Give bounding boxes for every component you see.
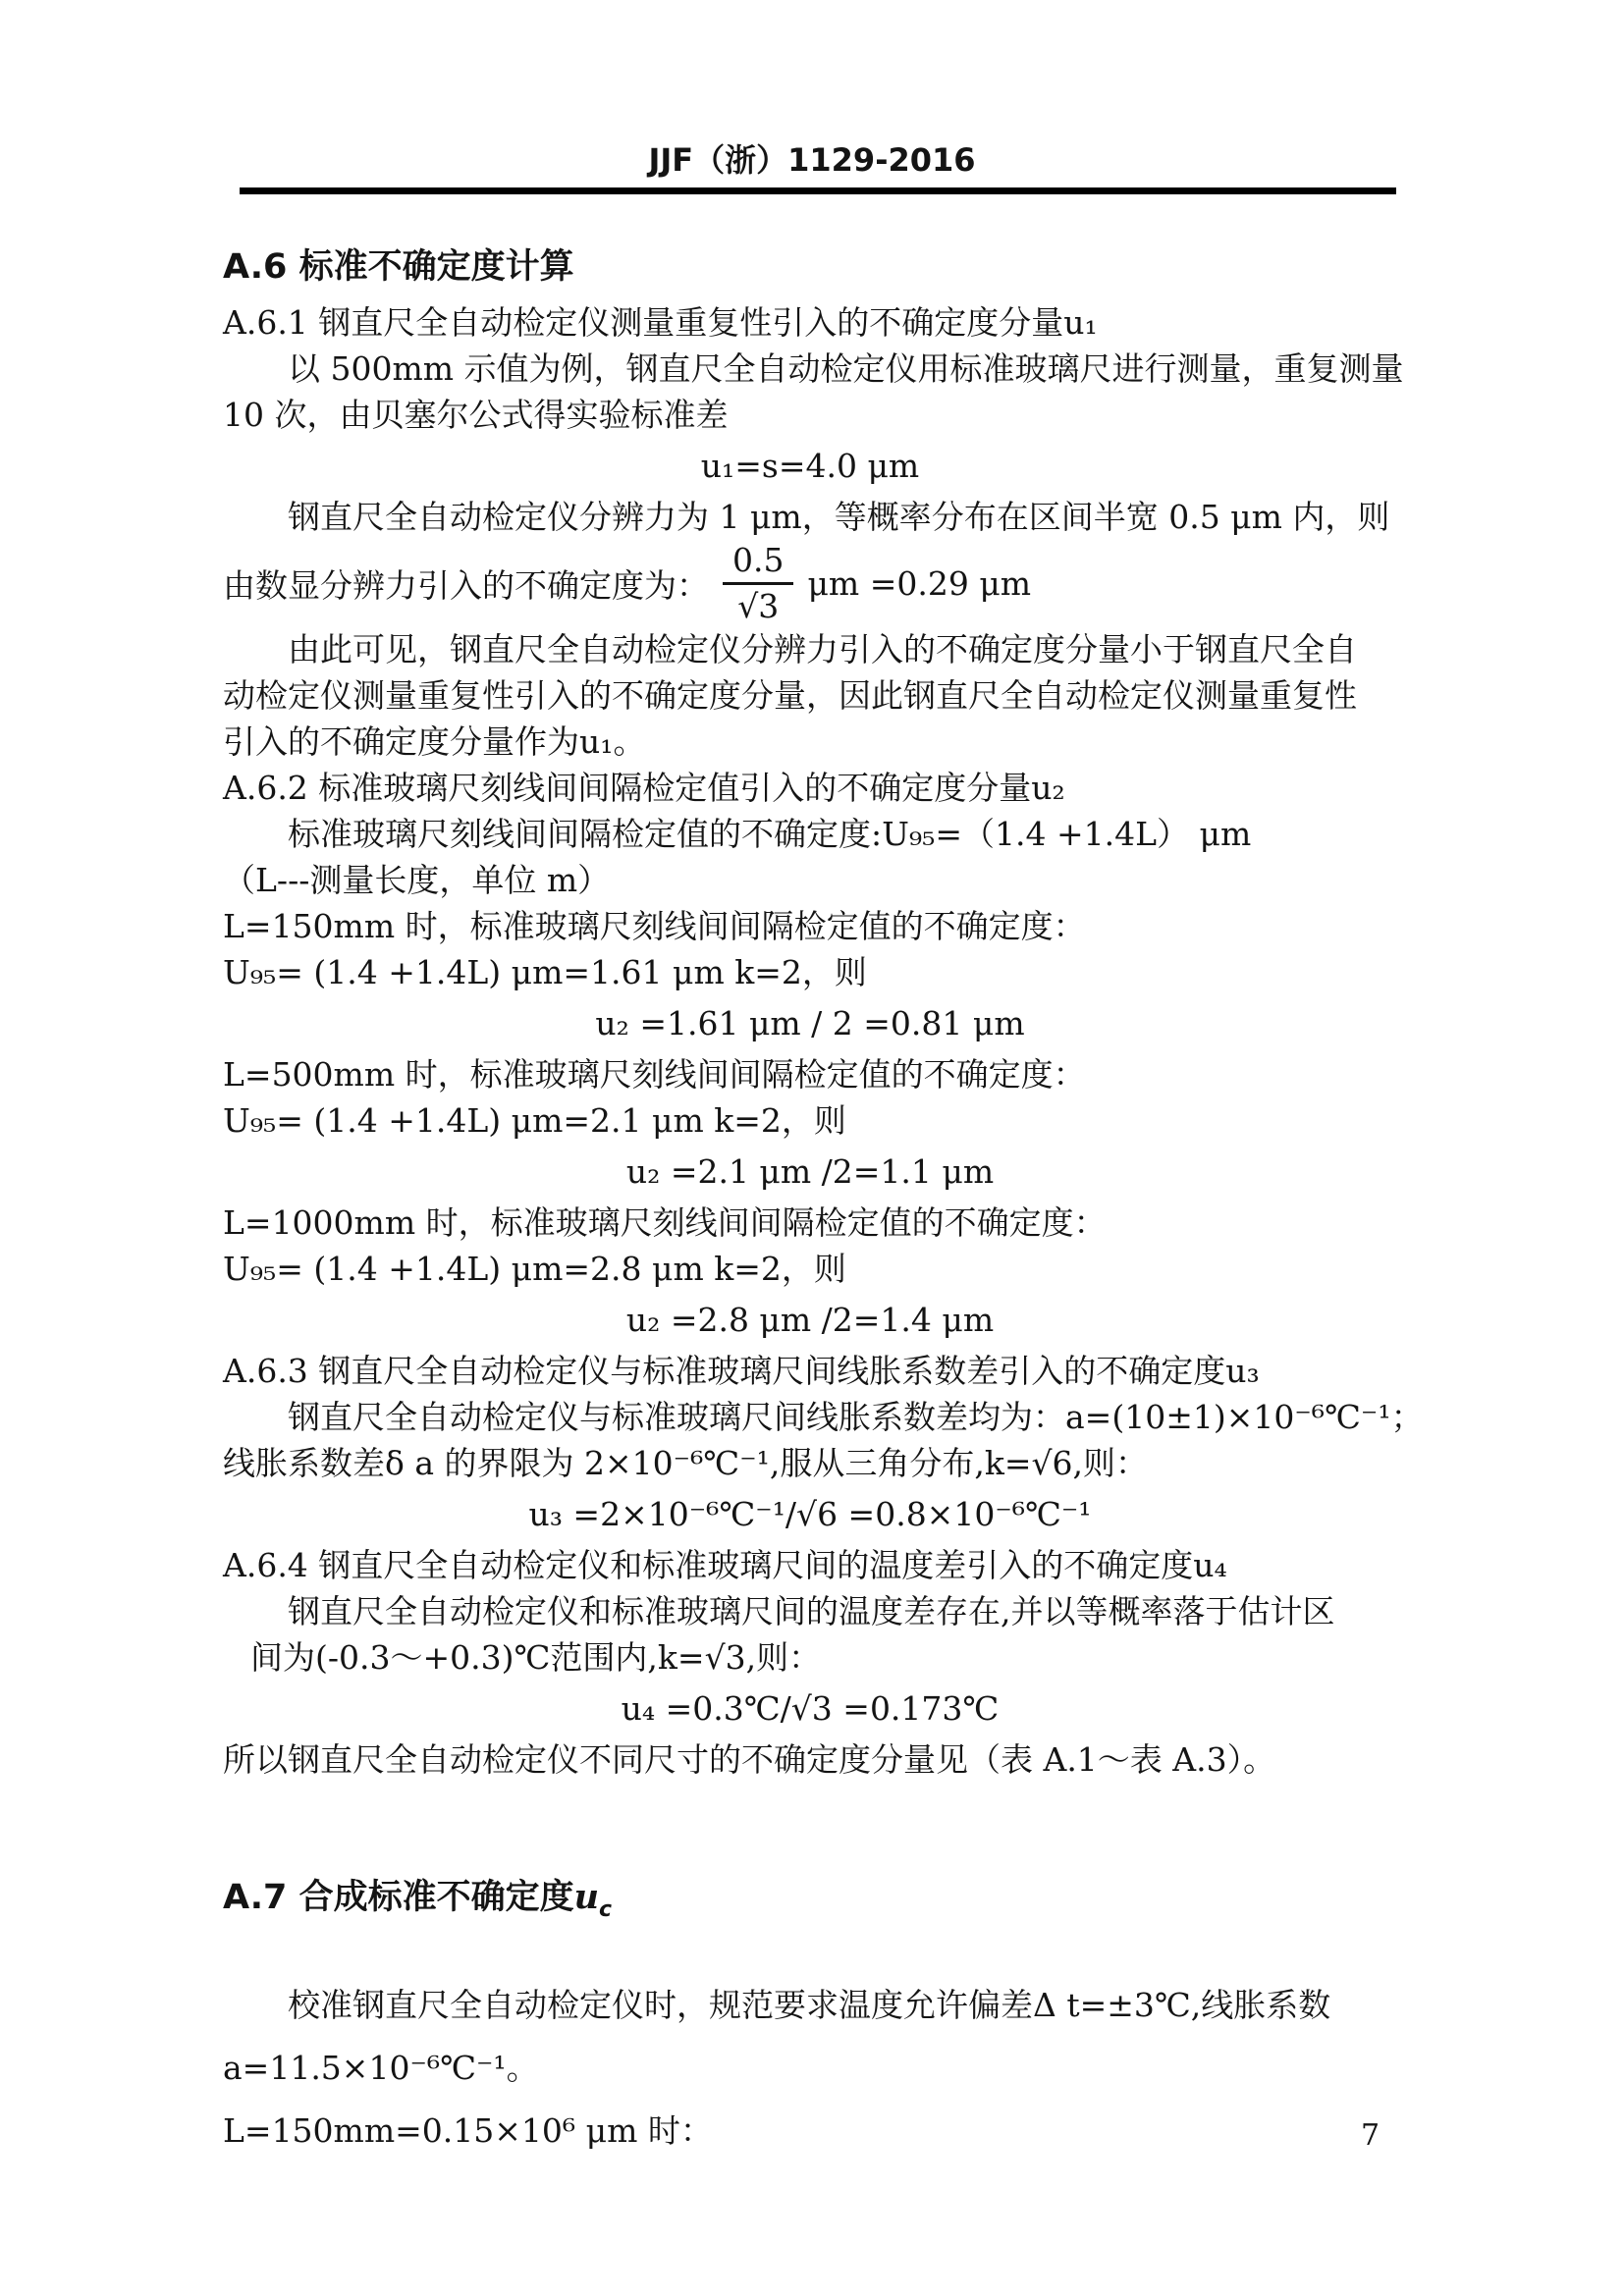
paragraph-line: L=150mm=0.15×10⁶ μm 时： — [223, 2100, 1397, 2163]
paragraph-line: 钢直尺全自动检定仪分辨力为 1 μm，等概率分布在区间半宽 0.5 μm 内，则 — [223, 494, 1397, 540]
paragraph-line: 引入的不确定度分量作为u₁。 — [223, 719, 1397, 765]
document-header-title: JJF（浙）1129-2016 — [0, 143, 1624, 177]
paragraph-line: L=1000mm 时，标准玻璃尺刻线间间隔检定值的不确定度： — [223, 1200, 1397, 1246]
line-a64-heading: A.6.4 钢直尺全自动检定仪和标准玻璃尺间的温度差引入的不确定度u₄ — [223, 1542, 1397, 1588]
line-a62-heading: A.6.2 标准玻璃尺刻线间间隔检定值引入的不确定度分量u₂ — [223, 765, 1397, 811]
paragraph-line: a=11.5×10⁻⁶℃⁻¹。 — [223, 2037, 1397, 2100]
fraction-numerator: 0.5 — [723, 542, 793, 585]
paragraph-line: 所以钢直尺全自动检定仪不同尺寸的不确定度分量见（表 A.1～表 A.3）。 — [223, 1736, 1397, 1783]
paragraph-line: L=500mm 时，标准玻璃尺刻线间间隔检定值的不确定度： — [223, 1051, 1397, 1097]
paragraph-line: 以 500mm 示值为例，钢直尺全自动检定仪用标准玻璃尺进行测量，重复测量 — [223, 346, 1397, 392]
section-a6-heading: A.6 标准不确定度计算 — [223, 242, 1397, 292]
section-a7-heading-text: A.7 合成标准不确定度 — [223, 1878, 574, 1917]
formula-resolution-fraction: 由数显分辨力引入的不确定度为： 0.5 √3 μm =0.29 μm — [223, 540, 1397, 626]
section-a7: A.7 合成标准不确定度uc 校准钢直尺全自动检定仪时，规范要求温度允许偏差Δ … — [223, 1873, 1397, 2163]
fraction-suffix-text: μm =0.29 μm — [807, 564, 1031, 603]
fraction-prefix-text: 由数显分辨力引入的不确定度为： — [223, 561, 709, 607]
paragraph-line: 动检定仪测量重复性引入的不确定度分量，因此钢直尺全自动检定仪测量重复性 — [223, 672, 1397, 719]
uc-subscript: c — [599, 1897, 612, 1922]
paragraph-line: 线胀系数差δ a 的界限为 2×10⁻⁶℃⁻¹,服从三角分布,k=√6,则： — [223, 1440, 1397, 1486]
page-number: 7 — [1361, 2118, 1380, 2153]
formula-u2-1000: u₂ =2.8 μm /2=1.4 μm — [223, 1297, 1397, 1343]
paragraph-line: 标准玻璃尺刻线间间隔检定值的不确定度:U₉₅=（1.4 +1.4L） μm — [223, 811, 1397, 857]
header-rule — [240, 187, 1396, 194]
fraction: 0.5 √3 — [723, 542, 793, 625]
paragraph-line: （L---测量长度，单位 m） — [223, 857, 1397, 903]
formula-u3: u₃ =2×10⁻⁶℃⁻¹/√6 =0.8×10⁻⁶℃⁻¹ — [223, 1491, 1397, 1537]
fraction-denominator: √3 — [723, 585, 793, 625]
section-a7-heading: A.7 合成标准不确定度uc — [223, 1873, 1397, 1935]
paragraph-line: 钢直尺全自动检定仪和标准玻璃尺间的温度差存在,并以等概率落于估计区 — [223, 1588, 1397, 1634]
paragraph-line: U₉₅= (1.4 +1.4L) μm=2.8 μm k=2，则 — [223, 1246, 1397, 1292]
paragraph-line: L=150mm 时，标准玻璃尺刻线间间隔检定值的不确定度： — [223, 903, 1397, 949]
paragraph-line: 由此可见，钢直尺全自动检定仪分辨力引入的不确定度分量小于钢直尺全自 — [223, 626, 1397, 672]
line-a61-heading: A.6.1 钢直尺全自动检定仪测量重复性引入的不确定度分量u₁ — [223, 299, 1397, 346]
uc-variable: u — [574, 1877, 599, 1917]
formula-u4: u₄ =0.3℃/√3 =0.173℃ — [223, 1685, 1397, 1732]
formula-u1: u₁=s=4.0 μm — [223, 443, 1397, 489]
paragraph-line: 校准钢直尺全自动检定仪时，规范要求温度允许偏差Δ t=±3℃,线胀系数 — [223, 1974, 1397, 2037]
paragraph-line: 间为(-0.3～+0.3)℃范围内,k=√3,则： — [223, 1634, 1397, 1681]
document-page: JJF（浙）1129-2016 A.6 标准不确定度计算 A.6.1 钢直尺全自… — [0, 0, 1624, 2296]
line-a63-heading: A.6.3 钢直尺全自动检定仪与标准玻璃尺间线胀系数差引入的不确定度u₃ — [223, 1348, 1397, 1394]
formula-u2-500: u₂ =2.1 μm /2=1.1 μm — [223, 1148, 1397, 1195]
paragraph-line: U₉₅= (1.4 +1.4L) μm=1.61 μm k=2，则 — [223, 949, 1397, 995]
formula-u2-150: u₂ =1.61 μm / 2 =0.81 μm — [223, 1000, 1397, 1046]
paragraph-line: 钢直尺全自动检定仪与标准玻璃尺间线胀系数差均为：a=(10±1)×10⁻⁶℃⁻¹… — [223, 1394, 1397, 1440]
paragraph-line: 10 次，由贝塞尔公式得实验标准差 — [223, 392, 1397, 438]
paragraph-line: U₉₅= (1.4 +1.4L) μm=2.1 μm k=2，则 — [223, 1097, 1397, 1144]
document-body: A.6 标准不确定度计算 A.6.1 钢直尺全自动检定仪测量重复性引入的不确定度… — [223, 242, 1397, 2163]
